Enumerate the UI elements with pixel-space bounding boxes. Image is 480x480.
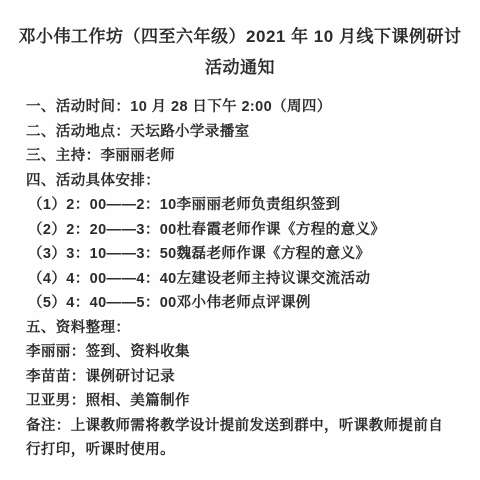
note-paragraph: 备注：上课教师需将教学设计提前发送到群中，听课教师提前自行打印，听课时使用。	[26, 414, 458, 463]
schedule-time: （2）2：20——3：00	[28, 218, 177, 243]
item-host: 三、主持：李丽丽老师	[26, 144, 458, 169]
item-activity-place: 二、活动地点：天坛路小学录播室	[26, 120, 458, 145]
schedule-row: （1）2：00——2：10 李丽丽老师负责组织签到	[26, 193, 458, 218]
schedule-row: （4）4：00——4：40 左建设老师主持议课交流活动	[26, 267, 458, 292]
item-materials-heading: 五、资料整理：	[26, 316, 458, 341]
schedule-activity: 魏磊老师作课《方程的意义》	[177, 242, 371, 267]
item-activity-time: 一、活动时间：10 月 28 日下午 2:00（周四）	[26, 95, 458, 120]
schedule-row: （2）2：20——3：00 杜春霞老师作课《方程的意义》	[26, 218, 458, 243]
schedule-activity: 邓小伟老师点评课例	[177, 291, 311, 316]
document-title: 邓小伟工作坊（四至六年级）2021 年 10 月线下课例研讨 活动通知	[0, 0, 480, 83]
schedule-activity: 杜春霞老师作课《方程的意义》	[177, 218, 386, 243]
schedule-time: （4）4：00——4：40	[28, 267, 177, 292]
materials-entry: 卫亚男：照相、美篇制作	[26, 389, 458, 414]
materials-entry: 李丽丽：签到、资料收集	[26, 340, 458, 365]
schedule-activity: 左建设老师主持议课交流活动	[177, 267, 371, 292]
notice-document: 邓小伟工作坊（四至六年级）2021 年 10 月线下课例研讨 活动通知 一、活动…	[0, 0, 480, 480]
title-line-2: 活动通知	[0, 52, 480, 83]
schedule-activity: 李丽丽老师负责组织签到	[177, 193, 341, 218]
schedule-time: （1）2：00——2：10	[28, 193, 177, 218]
schedule-time: （3）3：10——3：50	[28, 242, 177, 267]
schedule-time: （5）4：40——5：00	[28, 291, 177, 316]
schedule-row: （5）4：40——5：00 邓小伟老师点评课例	[26, 291, 458, 316]
title-line-1: 邓小伟工作坊（四至六年级）2021 年 10 月线下课例研讨	[0, 21, 480, 52]
materials-entry: 李苗苗：课例研讨记录	[26, 365, 458, 390]
document-body: 一、活动时间：10 月 28 日下午 2:00（周四） 二、活动地点：天坛路小学…	[0, 95, 480, 463]
schedule-row: （3）3：10——3：50 魏磊老师作课《方程的意义》	[26, 242, 458, 267]
item-arrangement-heading: 四、活动具体安排：	[26, 169, 458, 194]
